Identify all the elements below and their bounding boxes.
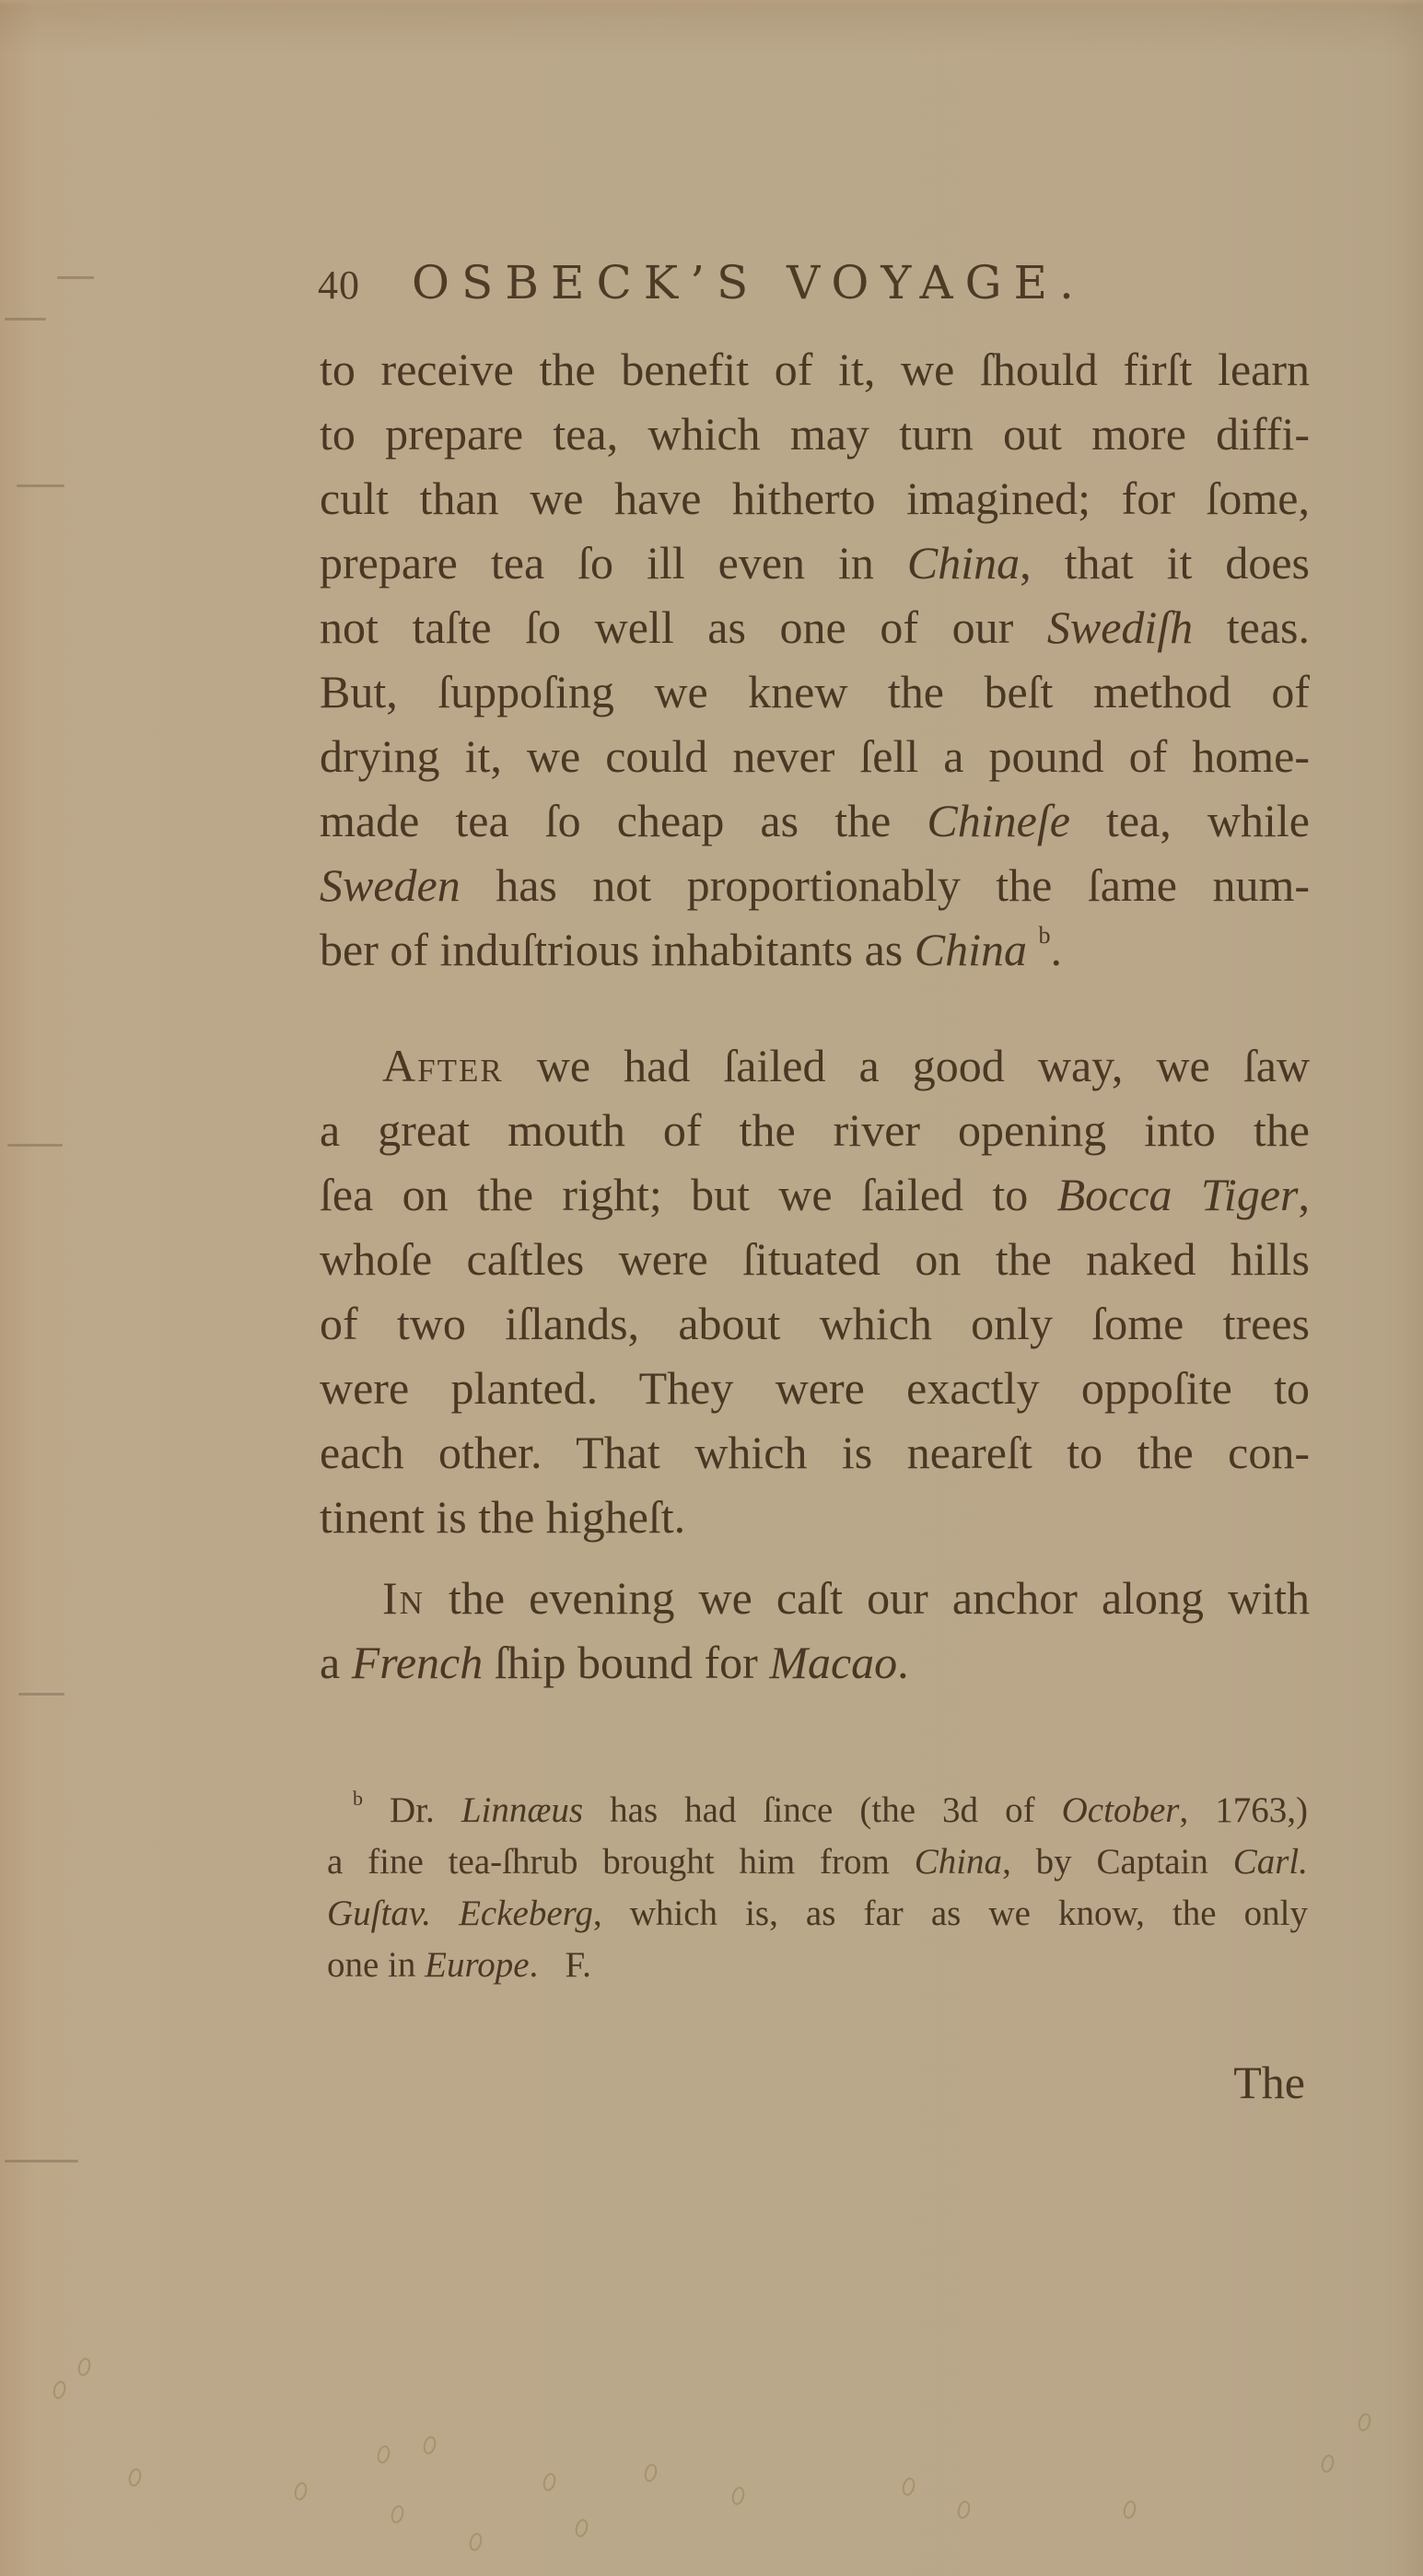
- text-line: a French ſhip bound for Macao.: [320, 1630, 1310, 1695]
- text-line: Sweden has not proportionably the ſame n…: [320, 853, 1310, 917]
- italic-place: China: [915, 1842, 1002, 1882]
- footnote-line: a fine tea-ſhrub brought him from China,…: [327, 1836, 1308, 1888]
- foxing-spot: [468, 2532, 484, 2553]
- italic-word: Swediſh: [1047, 601, 1193, 653]
- foxing-spot: [390, 2504, 406, 2525]
- italic-place: Sweden: [320, 859, 461, 911]
- text-line: drying it, we could never ſell a pound o…: [320, 724, 1310, 788]
- italic-name: Linnæus: [461, 1790, 583, 1830]
- text-line: to prepare tea, which may turn out more …: [320, 402, 1310, 466]
- foxing-spot: [956, 2500, 973, 2521]
- margin-mark: [18, 1693, 64, 1696]
- text-line: whoſe caſtles were ſituated on the naked…: [320, 1227, 1310, 1291]
- text-line: ſea on the right; but we ſailed to Bocca…: [320, 1162, 1310, 1227]
- foxing-spot: [1357, 2412, 1373, 2433]
- page-right-edge: [1403, 0, 1423, 2576]
- paragraph-3: In the evening we caſt our anchor along …: [320, 1566, 1310, 1695]
- italic-place: China: [915, 924, 1027, 975]
- foxing-spot: [127, 2467, 144, 2489]
- footnote: b Dr. Linnæus has had ſince (the 3d of O…: [327, 1785, 1308, 1991]
- foxing-spot: [293, 2481, 309, 2502]
- margin-mark: [17, 484, 64, 487]
- text-line: After we had ſailed a good way, we ſaw: [320, 1033, 1310, 1098]
- italic-name: Carl.: [1233, 1842, 1308, 1882]
- text-line: tinent is the higheſt.: [320, 1485, 1310, 1549]
- text-line: each other. That which is neareſt to the…: [320, 1420, 1310, 1485]
- foxing-spot: [376, 2444, 392, 2465]
- text-line: not taſte ſo well as one of our Swediſh …: [320, 595, 1310, 659]
- text-line: a great mouth of the river opening into …: [320, 1098, 1310, 1162]
- italic-word: French: [352, 1637, 484, 1688]
- paragraph-2: After we had ſailed a good way, we ſaw a…: [320, 1033, 1310, 1549]
- foxing-spot: [1320, 2454, 1336, 2475]
- text-line: In the evening we caſt our anchor along …: [320, 1566, 1310, 1630]
- text-line: But, ſuppoſing we knew the beſt method o…: [320, 659, 1310, 724]
- margin-mark: [57, 276, 94, 279]
- italic-place: Macao: [769, 1637, 897, 1688]
- margin-mark: [7, 1144, 63, 1147]
- line-text: the evening we caſt our anchor along wit…: [449, 1572, 1310, 1624]
- punctuation: .: [1050, 924, 1062, 975]
- foxing-spot: [1122, 2500, 1138, 2521]
- italic-place: Bocca Tiger: [1057, 1169, 1299, 1220]
- italic-place: Europe: [425, 1945, 529, 1985]
- footnote-line: b Dr. Linnæus has had ſince (the 3d of O…: [327, 1785, 1308, 1836]
- foxing-spot: [901, 2477, 917, 2498]
- text-line: prepare tea ſo ill even in China, that i…: [320, 530, 1310, 595]
- footnote-line: Guſtav. Eckeberg, which is, as far as we…: [327, 1888, 1308, 1940]
- foxing-spot: [730, 2486, 747, 2507]
- running-title: OSBECK’S VOYAGE.: [412, 256, 1086, 309]
- page-top-edge: [0, 0, 1423, 6]
- italic-place: China: [907, 537, 1020, 589]
- line-text: we had ſailed a good way, we ſaw: [537, 1040, 1310, 1091]
- text-line: cult than we have hitherto imagined; for…: [320, 466, 1310, 530]
- foxing-spot: [422, 2435, 438, 2456]
- text-line: ber of induſtrious inhabitants as China …: [320, 917, 1310, 982]
- foxing-spot: [76, 2357, 93, 2378]
- text-line: of two iſlands, about which only ſome tr…: [320, 1291, 1310, 1356]
- text-line: to receive the benefit of it, we ſhould …: [320, 337, 1310, 402]
- foxing-spot: [52, 2380, 68, 2401]
- small-caps-lead: After: [382, 1040, 504, 1091]
- foxing-spot: [643, 2463, 659, 2484]
- footnote-marker: b: [353, 1787, 363, 1810]
- footnote-ref[interactable]: b: [1038, 922, 1050, 949]
- foxing-spot: [542, 2472, 558, 2493]
- catchword: The: [1233, 2056, 1305, 2109]
- margin-mark: [5, 2160, 78, 2162]
- text-line: were planted. They were exactly oppoſite…: [320, 1356, 1310, 1420]
- margin-mark: [5, 318, 46, 321]
- paragraph-1: to receive the benefit of it, we ſhould …: [320, 337, 1310, 982]
- book-page: 40 OSBECK’S VOYAGE. to receive the benef…: [0, 0, 1423, 2576]
- foxing-spot: [574, 2518, 590, 2539]
- text-line: made tea ſo cheap as the Chineſe tea, wh…: [320, 788, 1310, 853]
- page-number: 40: [318, 262, 401, 309]
- running-head: 40 OSBECK’S VOYAGE.: [318, 256, 1322, 309]
- small-caps-lead: In: [382, 1572, 425, 1624]
- italic-word: October: [1062, 1790, 1180, 1830]
- italic-name: Guſtav. Eckeberg: [327, 1894, 593, 1933]
- footnote-line: one in Europe. F.: [327, 1940, 1308, 1991]
- italic-word: Chineſe: [927, 795, 1070, 846]
